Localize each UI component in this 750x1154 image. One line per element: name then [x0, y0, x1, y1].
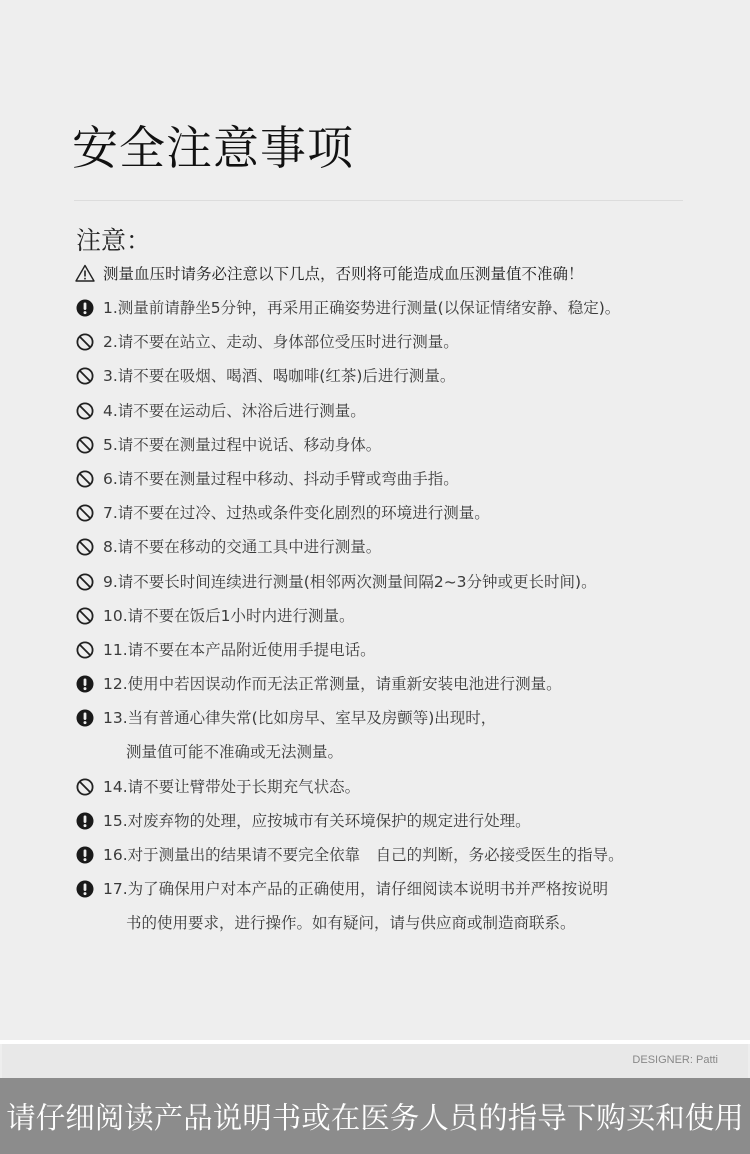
prohibited-icon [76, 538, 94, 556]
title-divider [74, 200, 683, 201]
list-item: 10.请不要在饭后1小时内进行测量。 [76, 604, 716, 638]
prohibited-icon [76, 778, 94, 796]
list-item: 17.为了确保用户对本产品的正确使用，请仔细阅读本说明书并严格按说明 [76, 877, 716, 911]
page-title: 安全注意事项 [72, 112, 354, 178]
exclamation-icon [76, 880, 94, 898]
list-item: 6.请不要在测量过程中移动、抖动手臂或弯曲手指。 [76, 467, 716, 501]
list-item-text: 17.为了确保用户对本产品的正确使用，请仔细阅读本说明书并严格按说明 [103, 877, 608, 901]
prohibited-icon [76, 333, 94, 351]
list-item: 15.对废弃物的处理，应按城市有关环境保护的规定进行处理。 [76, 809, 716, 843]
warning-text: 测量血压时请务必注意以下几点，否则将可能造成血压测量值不准确！ [103, 262, 584, 284]
list-item-text: 12.使用中若因误动作而无法正常测量，请重新安装电池进行测量。 [103, 672, 562, 696]
prohibited-icon [76, 367, 94, 385]
list-item: 13.当有普通心律失常(比如房早、室早及房颤等)出现时， [76, 706, 716, 740]
list-item-text: 13.当有普通心律失常(比如房早、室早及房颤等)出现时， [103, 706, 496, 730]
list-item-text: 7.请不要在过冷、过热或条件变化剧烈的环境进行测量。 [103, 501, 490, 525]
list-item: 5.请不要在测量过程中说话、移动身体。 [76, 433, 716, 467]
exclamation-icon [76, 812, 94, 830]
list-item: 7.请不要在过冷、过热或条件变化剧烈的环境进行测量。 [76, 501, 716, 535]
list-item: 1.测量前请静坐5分钟，再采用正确姿势进行测量(以保证情绪安静、稳定)。 [76, 296, 716, 330]
list-item-text: 14.请不要让臂带处于长期充气状态。 [103, 775, 360, 799]
exclamation-icon [76, 846, 94, 864]
exclamation-icon [76, 299, 94, 317]
bottom-banner: 请仔细阅读产品说明书或在医务人员的指导下购买和使用 [0, 1078, 750, 1154]
list-item-text: 10.请不要在饭后1小时内进行测量。 [103, 604, 355, 628]
list-item-text: 9.请不要长时间连续进行测量(相邻两次测量间隔2~3分钟或更长时间)。 [103, 570, 597, 594]
designer-credit: DESIGNER: Patti [632, 1054, 718, 1066]
list-item: 4.请不要在运动后、沐浴后进行测量。 [76, 399, 716, 433]
list-item-text: 4.请不要在运动后、沐浴后进行测量。 [103, 399, 366, 423]
precautions-list: 1.测量前请静坐5分钟，再采用正确姿势进行测量(以保证情绪安静、稳定)。2.请不… [76, 296, 716, 946]
list-item: 8.请不要在移动的交通工具中进行测量。 [76, 535, 716, 569]
list-item: 12.使用中若因误动作而无法正常测量，请重新安装电池进行测量。 [76, 672, 716, 706]
prohibited-icon [76, 573, 94, 591]
notice-heading: 注意： [76, 221, 151, 257]
list-item-text: 16.对于测量出的结果请不要完全依靠 自己的判断，务必接受医生的指导。 [103, 843, 624, 867]
prohibited-icon [76, 641, 94, 659]
prohibited-icon [76, 470, 94, 488]
prohibited-icon [76, 504, 94, 522]
prohibited-icon [76, 436, 94, 454]
list-item: 16.对于测量出的结果请不要完全依靠 自己的判断，务必接受医生的指导。 [76, 843, 716, 877]
prohibited-icon [76, 402, 94, 420]
list-item-text: 1.测量前请静坐5分钟，再采用正确姿势进行测量(以保证情绪安静、稳定)。 [103, 296, 620, 320]
exclamation-icon [76, 675, 94, 693]
warning-triangle-icon [75, 264, 95, 282]
list-item-text: 8.请不要在移动的交通工具中进行测量。 [103, 535, 381, 559]
list-item: 14.请不要让臂带处于长期充气状态。 [76, 775, 716, 809]
designer-bar: DESIGNER: Patti [2, 1044, 748, 1078]
list-item: 9.请不要长时间连续进行测量(相邻两次测量间隔2~3分钟或更长时间)。 [76, 570, 716, 604]
list-item: 3.请不要在吸烟、喝酒、喝咖啡(红茶)后进行测量。 [76, 364, 716, 398]
prohibited-icon [76, 607, 94, 625]
list-item: 11.请不要在本产品附近使用手提电话。 [76, 638, 716, 672]
list-item-text: 3.请不要在吸烟、喝酒、喝咖啡(红茶)后进行测量。 [103, 364, 455, 388]
list-item-continuation: 测量值可能不准确或无法测量。 [76, 740, 716, 774]
warning-line: 测量血压时请务必注意以下几点，否则将可能造成血压测量值不准确！ [75, 262, 584, 284]
list-item-text: 2.请不要在站立、走动、身体部位受压时进行测量。 [103, 330, 459, 354]
list-item-text: 15.对废弃物的处理，应按城市有关环境保护的规定进行处理。 [103, 809, 531, 833]
list-item-text: 5.请不要在测量过程中说话、移动身体。 [103, 433, 381, 457]
exclamation-icon [76, 709, 94, 727]
list-item-continuation: 书的使用要求，进行操作。如有疑问，请与供应商或制造商联系。 [76, 911, 716, 945]
list-item: 2.请不要在站立、走动、身体部位受压时进行测量。 [76, 330, 716, 364]
list-item-text: 11.请不要在本产品附近使用手提电话。 [103, 638, 376, 662]
list-item-text: 6.请不要在测量过程中移动、抖动手臂或弯曲手指。 [103, 467, 459, 491]
banner-text: 请仔细阅读产品说明书或在医务人员的指导下购买和使用 [6, 1095, 744, 1137]
